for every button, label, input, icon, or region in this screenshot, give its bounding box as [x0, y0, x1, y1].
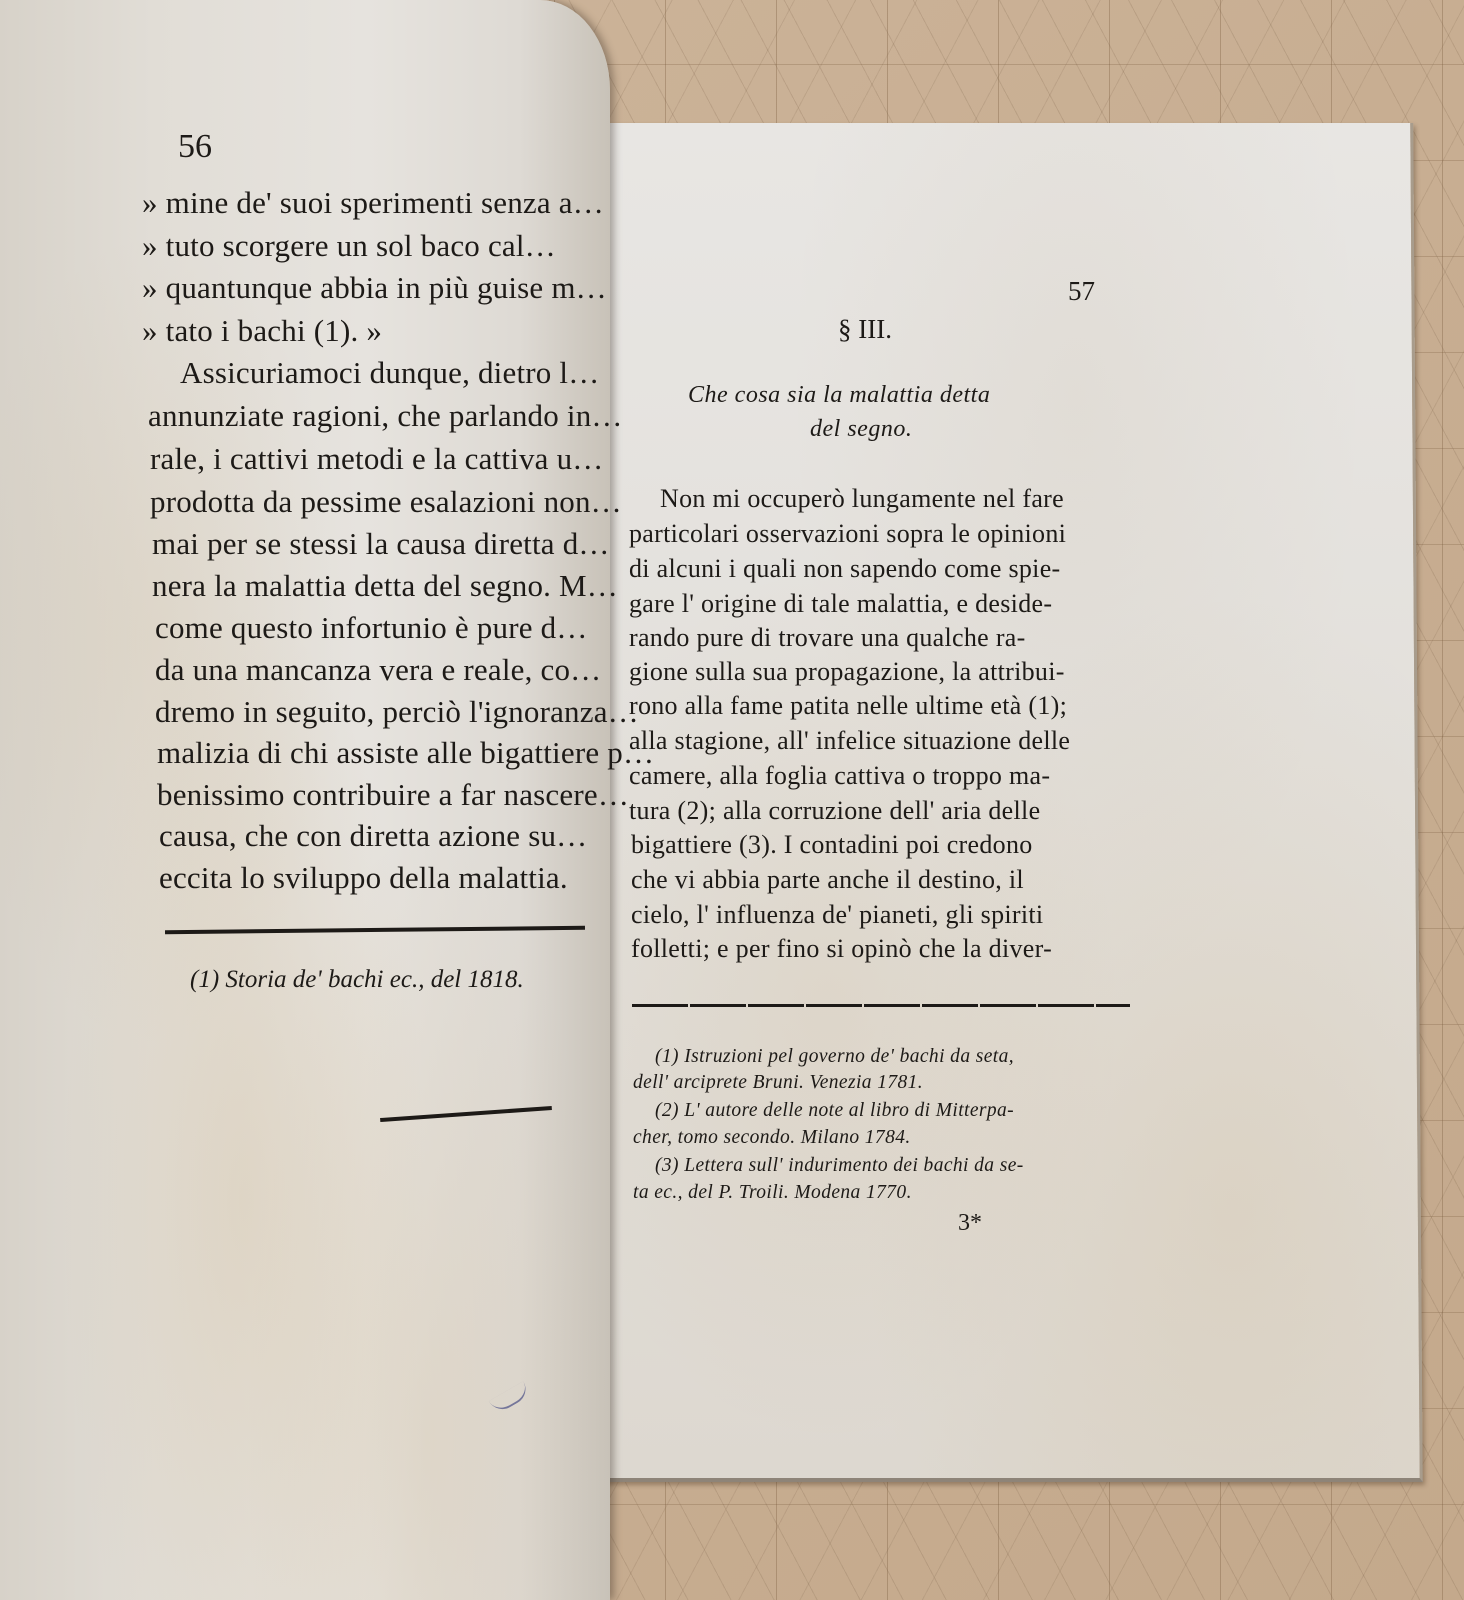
body-line: Assicuriamoci dunque, dietro l… — [180, 355, 599, 391]
body-line: bigattiere (3). I contadini poi credono — [631, 830, 1033, 860]
footnote-3-line-1: (3) Lettera sull' indurimento dei bachi … — [655, 1155, 1024, 1177]
body-line: mai per se stessi la causa diretta d… — [152, 526, 610, 562]
body-line: tura (2); alla corruzione dell' aria del… — [629, 796, 1040, 826]
chapter-title-line-1: Che cosa sia la malattia detta — [688, 382, 990, 409]
body-line: benissimo contribuire a far nascere… — [157, 777, 629, 813]
chapter-title-line-2: del segno. — [810, 416, 912, 443]
body-line: eccita lo sviluppo della malattia. — [159, 860, 568, 896]
footnote-1-line-2: dell' arciprete Bruni. Venezia 1781. — [633, 1072, 923, 1094]
body-line: come questo infortunio è pure d… — [155, 610, 588, 646]
footnote-2-line-1: (2) L' autore delle note al libro di Mit… — [655, 1100, 1014, 1122]
body-line: da una mancanza vera e reale, co… — [155, 652, 601, 688]
body-line: alla stagione, all' infelice situazione … — [629, 726, 1070, 756]
body-line: dremo in seguito, perciò l'ignoranza… — [155, 694, 639, 730]
body-line: rono alla fame patita nelle ultime età (… — [629, 691, 1067, 721]
body-line: malizia di chi assiste alle bigattiere p… — [157, 735, 654, 771]
body-line: » quantunque abbia in più guise m… — [142, 270, 607, 306]
footnote-2-line-2: cher, tomo secondo. Milano 1784. — [633, 1127, 911, 1149]
body-line: nera la malattia detta del segno. M… — [152, 568, 618, 604]
body-line: annunziate ragioni, che parlando in… — [148, 398, 623, 434]
body-line: » tuto scorgere un sol baco cal… — [142, 228, 556, 264]
body-line: particolari osservazioni sopra le opinio… — [629, 519, 1066, 549]
footnote: (1) Storia de' bachi ec., del 1818. — [190, 966, 524, 994]
body-line: Non mi occuperò lungamente nel fare — [660, 484, 1064, 514]
body-line: che vi abbia parte anche il destino, il — [631, 865, 1024, 895]
body-line: causa, che con diretta azione su… — [159, 818, 587, 854]
signature-mark: 3* — [958, 1210, 982, 1237]
body-line: prodotta da pessime esalazioni non… — [150, 484, 622, 520]
left-page-number: 56 — [178, 128, 212, 166]
footnote-rule — [632, 1004, 1130, 1007]
right-page-number: 57 — [1068, 276, 1095, 307]
body-line: gione sulla sua propagazione, la attribu… — [629, 657, 1065, 687]
body-line: di alcuni i quali non sapendo come spie- — [629, 554, 1061, 584]
footnote-3-line-2: ta ec., del P. Troili. Modena 1770. — [633, 1182, 912, 1204]
body-line: camere, alla foglia cattiva o troppo ma- — [629, 761, 1050, 791]
body-line: folletti; e per fino si opinò che la div… — [631, 934, 1052, 964]
body-line: » mine de' suoi sperimenti senza a… — [142, 185, 604, 221]
footnote-1-line-1: (1) Istruzioni pel governo de' bachi da … — [655, 1046, 1014, 1068]
section-heading: § III. — [838, 314, 892, 345]
body-line: » tato i bachi (1). » — [142, 313, 382, 349]
body-line: rando pure di trovare una qualche ra- — [629, 623, 1026, 653]
body-line: rale, i cattivi metodi e la cattiva u… — [150, 441, 603, 477]
body-line: cielo, l' influenza de' pianeti, gli spi… — [631, 900, 1043, 930]
body-line: gare l' origine di tale malattia, e desi… — [629, 589, 1052, 619]
